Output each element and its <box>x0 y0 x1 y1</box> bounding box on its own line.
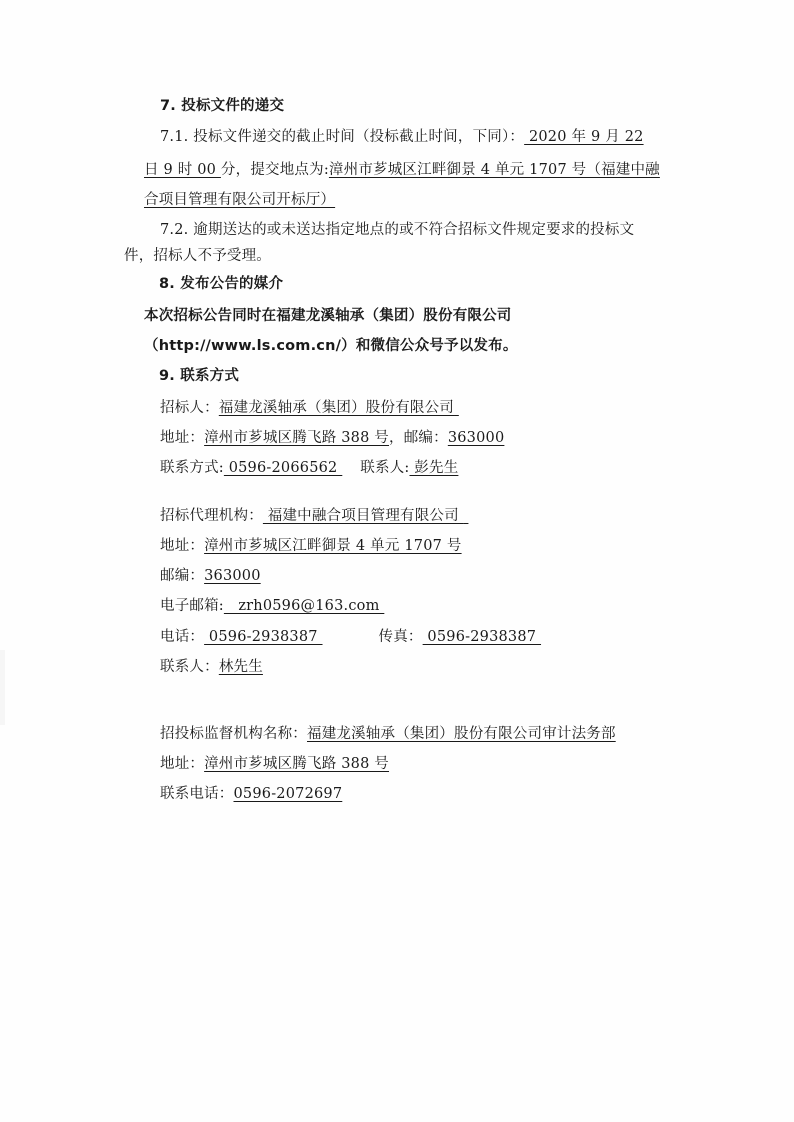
submission-location-cont: 合项目管理有限公司开标厅） <box>144 192 335 208</box>
tenderer-address-label: 地址： <box>160 430 204 446</box>
agency-phone: 0596-2938387 <box>204 629 322 645</box>
contact-person-label: 联系人: <box>360 460 409 476</box>
agency-contact-line: 联系人：林先生 <box>160 657 263 677</box>
paragraph-7-1-line-1: 7.1. 投标文件递交的截止时间（投标截止时间，下同）： 2020 年 9 月 … <box>160 127 644 147</box>
p71-label: 7.1. 投标文件递交的截止时间（投标截止时间，下同）： <box>160 129 524 145</box>
deadline-time: 日 9 时 00 <box>144 162 221 178</box>
agency-name: 福建中融合项目管理有限公司 <box>263 508 464 524</box>
paragraph-7-1-line-3: 合项目管理有限公司开标厅） <box>144 190 335 210</box>
agency-postcode-line: 邮编：363000 <box>160 566 261 586</box>
contact-method-label: 联系方式: <box>160 460 224 476</box>
supervisor-address: 漳州市芗城区腾飞路 388 号 <box>204 756 389 772</box>
section-8-line-1: 本次招标公告同时在福建龙溪轴承（集团）股份有限公司 <box>144 306 512 326</box>
tenderer-address: 漳州市芗城区腾飞路 388 号 <box>204 430 389 446</box>
tenderer-line: 招标人：福建龙溪轴承（集团）股份有限公司 <box>160 398 484 418</box>
agency-email: zrh0596@163.com <box>224 598 384 614</box>
agency-email-label: 电子邮箱: <box>160 598 224 614</box>
supervisor-label: 招投标监督机构名称： <box>160 726 307 742</box>
supervisor-phone: 0596-2072697 <box>234 786 343 802</box>
tenderer-postcode: 363000 <box>448 430 505 446</box>
deadline-date: 2020 年 9 月 22 <box>524 129 643 145</box>
scan-artifact <box>0 650 5 725</box>
agency-label: 招标代理机构： <box>160 508 263 524</box>
section-9-heading: 9. 联系方式 <box>159 366 239 386</box>
section-7-heading: 7. 投标文件的递交 <box>160 96 284 116</box>
agency-fax-label: 传真： <box>379 629 423 645</box>
supervisor-phone-label: 联系电话： <box>160 786 234 802</box>
agency-contact-person: 林先生 <box>219 659 263 675</box>
agency-fax: 0596-2938387 <box>423 629 541 645</box>
tenderer-name: 福建龙溪轴承（集团）股份有限公司 <box>219 400 454 416</box>
tenderer-contact-person: 彭先生 <box>409 460 458 476</box>
p71-mid: 分，提交地点为: <box>221 162 329 178</box>
supervisor-address-label: 地址： <box>160 756 204 772</box>
tenderer-phone: 0596-2066562 <box>224 460 342 476</box>
agency-postcode-label: 邮编： <box>160 568 204 584</box>
agency-phone-label: 电话： <box>160 629 204 645</box>
agency-line: 招标代理机构： 福建中融合项目管理有限公司 <box>160 506 488 526</box>
supervisor-address-line: 地址：漳州市芗城区腾飞路 388 号 <box>160 754 389 774</box>
supervisor-phone-line: 联系电话：0596-2072697 <box>160 784 342 804</box>
underline-pad <box>464 506 488 526</box>
agency-address-label: 地址： <box>160 538 204 554</box>
document-page: 7. 投标文件的递交 7.1. 投标文件递交的截止时间（投标截止时间，下同）： … <box>0 0 794 1122</box>
tenderer-postcode-label: ，邮编： <box>389 430 448 446</box>
tenderer-contact-line: 联系方式: 0596-2066562 联系人: 彭先生 <box>160 458 458 478</box>
paragraph-7-1-line-2: 日 9 时 00 分，提交地点为:漳州市芗城区江畔御景 4 单元 1707 号（… <box>144 160 660 180</box>
agency-postcode: 363000 <box>204 568 261 584</box>
agency-address-line: 地址：漳州市芗城区江畔御景 4 单元 1707 号 <box>160 536 462 556</box>
agency-email-line: 电子邮箱: zrh0596@163.com <box>160 596 384 616</box>
section-8-line-2: （http://www.ls.com.cn/）和微信公众号予以发布。 <box>144 336 518 356</box>
submission-location: 漳州市芗城区江畔御景 4 单元 1707 号（福建中融 <box>329 162 660 178</box>
supervisor-line: 招投标监督机构名称：福建龙溪轴承（集团）股份有限公司审计法务部 <box>160 724 616 744</box>
section-8-heading: 8. 发布公告的媒介 <box>159 274 283 294</box>
agency-contact-label: 联系人： <box>160 659 219 675</box>
agency-address: 漳州市芗城区江畔御景 4 单元 1707 号 <box>204 538 461 554</box>
agency-phone-fax-line: 电话： 0596-2938387 传真： 0596-2938387 <box>160 627 541 647</box>
paragraph-7-2-line-1: 7.2. 逾期送达的或未送达指定地点的或不符合招标文件规定要求的投标文 <box>160 220 634 240</box>
tenderer-address-line: 地址：漳州市芗城区腾飞路 388 号，邮编：363000 <box>160 428 504 448</box>
tenderer-label: 招标人： <box>160 400 219 416</box>
paragraph-7-2-line-2: 件，招标人不予受理。 <box>124 246 271 266</box>
supervisor-name: 福建龙溪轴承（集团）股份有限公司审计法务部 <box>307 726 616 742</box>
underline-pad <box>454 398 484 418</box>
